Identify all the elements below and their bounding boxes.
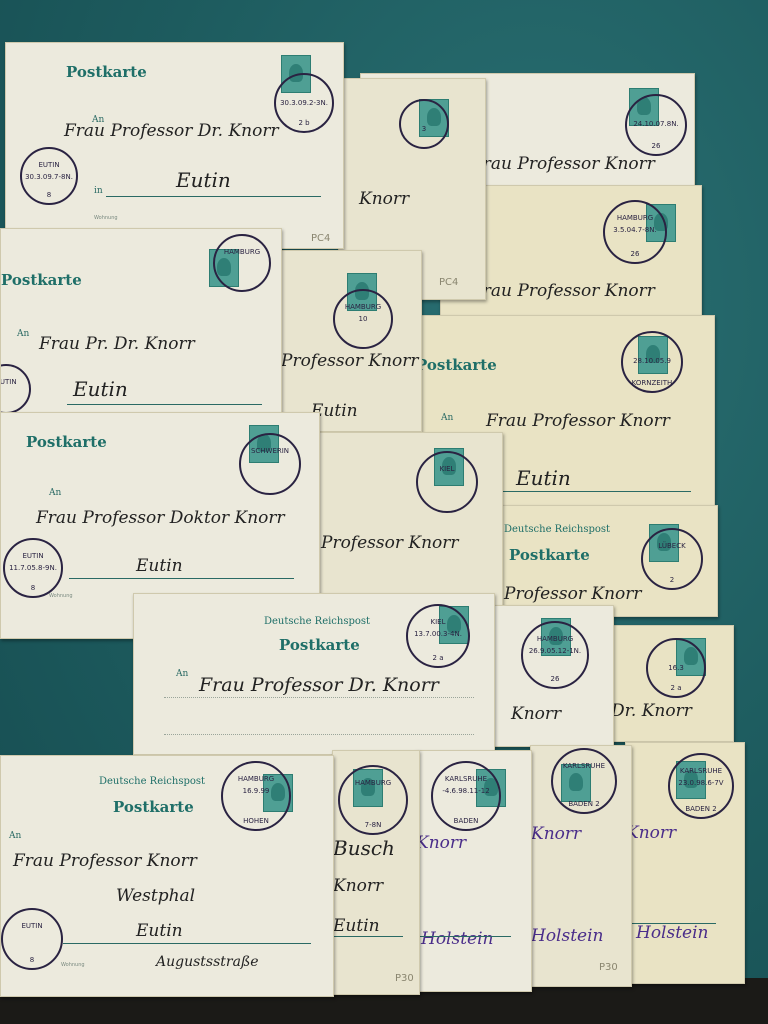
address-line2: Westphal [116,886,195,906]
postmark: 30.3.09.2-3N.2 b [274,73,334,133]
address-line [63,943,311,944]
postmark: 16.32 a [646,638,706,698]
wohnung-label: Wohnung [61,962,85,968]
postmark: KIEL13.7.00.3-4N.2 a [406,604,470,668]
postcard-c5: Postkarte HAMBURG An Frau Pr. Dr. Knorr … [0,228,282,415]
address-line [333,936,403,937]
postcard-c12: HAMBURG26.9.05.12-1N.26 Knorr [490,605,614,747]
postmark-eutin: EUTIN [0,364,31,414]
address-line2: Knorr [333,876,383,896]
address-text: Professor Knorr [321,533,459,553]
pencil-note: P30 [599,962,618,973]
city-text: Eutin [516,466,571,490]
city-text: Eutin [136,921,183,941]
an-label: An [49,488,61,498]
address-line [416,936,511,937]
postmark: 3 [399,99,449,149]
pencil-note: PC4 [439,277,458,288]
city-text: Holstein [531,926,604,946]
postmark: KARLSRUHE23.0.98.6-7VBADEN 2 [668,753,734,819]
address-text: Knorr [531,824,581,844]
postmark: LÜBECK2 [641,528,703,590]
address-text: Frau Professor Knorr [471,281,655,301]
card-title: Postkarte [509,546,590,564]
address-text: Knorr [626,823,676,843]
card-title: Postkarte [279,636,360,654]
postmark-eutin: EUTIN8 [1,908,63,970]
card-title: Postkarte [113,798,194,816]
card-subtitle: Deutsche Reichspost [99,776,205,787]
address-text: Frau Professor Knorr [471,154,655,174]
postcard-c15: HAMBURG7-8N Busch Knorr Eutin P30 [332,750,420,995]
postmark: HAMBURG3.5.04.7-8N.26 [603,200,667,264]
an-label: An [176,669,188,679]
postcard-c6: HAMBURG10 Professor Knorr Eutin [270,250,422,432]
postmark: HAMBURG26.9.05.12-1N.26 [521,621,589,689]
an-label: An [9,831,21,841]
postcard-c10: Deutsche Reichspost Postkarte LÜBECK2 Pr… [498,505,718,617]
postmark: HAMBURG10 [333,289,393,349]
card-title: Postkarte [1,271,82,289]
wohnung-label: Wohnung [49,593,73,599]
card-title: Postkarte [26,433,107,451]
card-subtitle: Deutsche Reichspost [264,616,370,627]
postcard-c17: KARLSRUHEBADEN 2 Knorr Holstein P30 [530,745,632,987]
postcard-c1: Postkarte 30.3.09.2-3N.2 b An Frau Profe… [5,42,344,249]
address-text: Knorr [511,704,561,724]
address-line [626,923,716,924]
card-title: Postkarte [66,63,147,81]
address-text: Frau Professor Dr. Knorr [64,121,279,141]
address-line [106,196,321,197]
address-text: Frau Professor Dr. Knorr [199,674,439,696]
dotted-line [164,697,474,698]
city-text: Eutin [73,377,128,401]
wohnung-label: Wohnung [94,215,118,221]
city-text: Eutin [136,556,183,576]
pencil-note: P30 [395,973,414,984]
address-text: Professor Knorr [281,351,419,371]
pencil-note: PC4 [311,233,330,244]
postmark: 28.10.05.9KORNZEITH [621,331,683,393]
in-label: in [94,186,103,196]
address-line [69,578,294,579]
address-text: Frau Professor Knorr [486,411,670,431]
city-text: Eutin [333,916,380,936]
an-label: An [441,413,453,423]
postmark: HAMBURG16.9.99HOHEN [221,761,291,831]
postmark: 24.10.07.8N.26 [625,94,687,156]
address-text: Knorr [416,833,466,853]
street-text: Augustsstraße [156,954,259,970]
address-text: Professor Knorr [504,584,642,604]
card-subtitle: Deutsche Reichspost [504,524,610,535]
city-text: Holstein [421,929,494,949]
address-text: Frau Professor Doktor Knorr [36,508,285,528]
postmark-eutin: EUTIN30.3.09.7-8N.8 [20,147,78,205]
address-text: Frau Professor Knorr [13,851,197,871]
postmark: KARLSRUHEBADEN 2 [551,748,617,814]
postcard-c16: KARLSRUHE-4.6.98.11-12BADEN Knorr Holste… [415,750,532,992]
postcard-c14: Deutsche Reichspost Postkarte HAMBURG16.… [0,755,334,997]
an-label: An [17,329,29,339]
address-text: Dr. Knorr [611,701,692,721]
address-line [67,404,262,405]
postcard-c13: 16.32 a Dr. Knorr [610,625,734,742]
postmark: HAMBURG [213,234,271,292]
postmark-eutin: EUTIN11.7.05.8-9N.8 [3,538,63,598]
card-title: Postkarte [416,356,497,374]
dotted-line [164,734,474,735]
address-text: Frau Pr. Dr. Knorr [39,334,195,354]
city-text: Holstein [636,923,709,943]
postmark: SCHWERIN [239,433,301,495]
postcard-c18: KARLSRUHE23.0.98.6-7VBADEN 2 Knorr Holst… [625,742,745,984]
address-text: Knorr [359,189,409,209]
postmark: HAMBURG7-8N [338,765,408,835]
city-text: Eutin [176,168,231,192]
postcard-c11: Deutsche Reichspost Postkarte KIEL13.7.0… [133,593,495,755]
postcard-c9: KIEL Professor Knorr [315,432,503,609]
address-text: Busch [333,836,395,860]
address-line [501,491,691,492]
postmark: KARLSRUHE-4.6.98.11-12BADEN [431,761,501,831]
postmark: KIEL [416,451,478,513]
